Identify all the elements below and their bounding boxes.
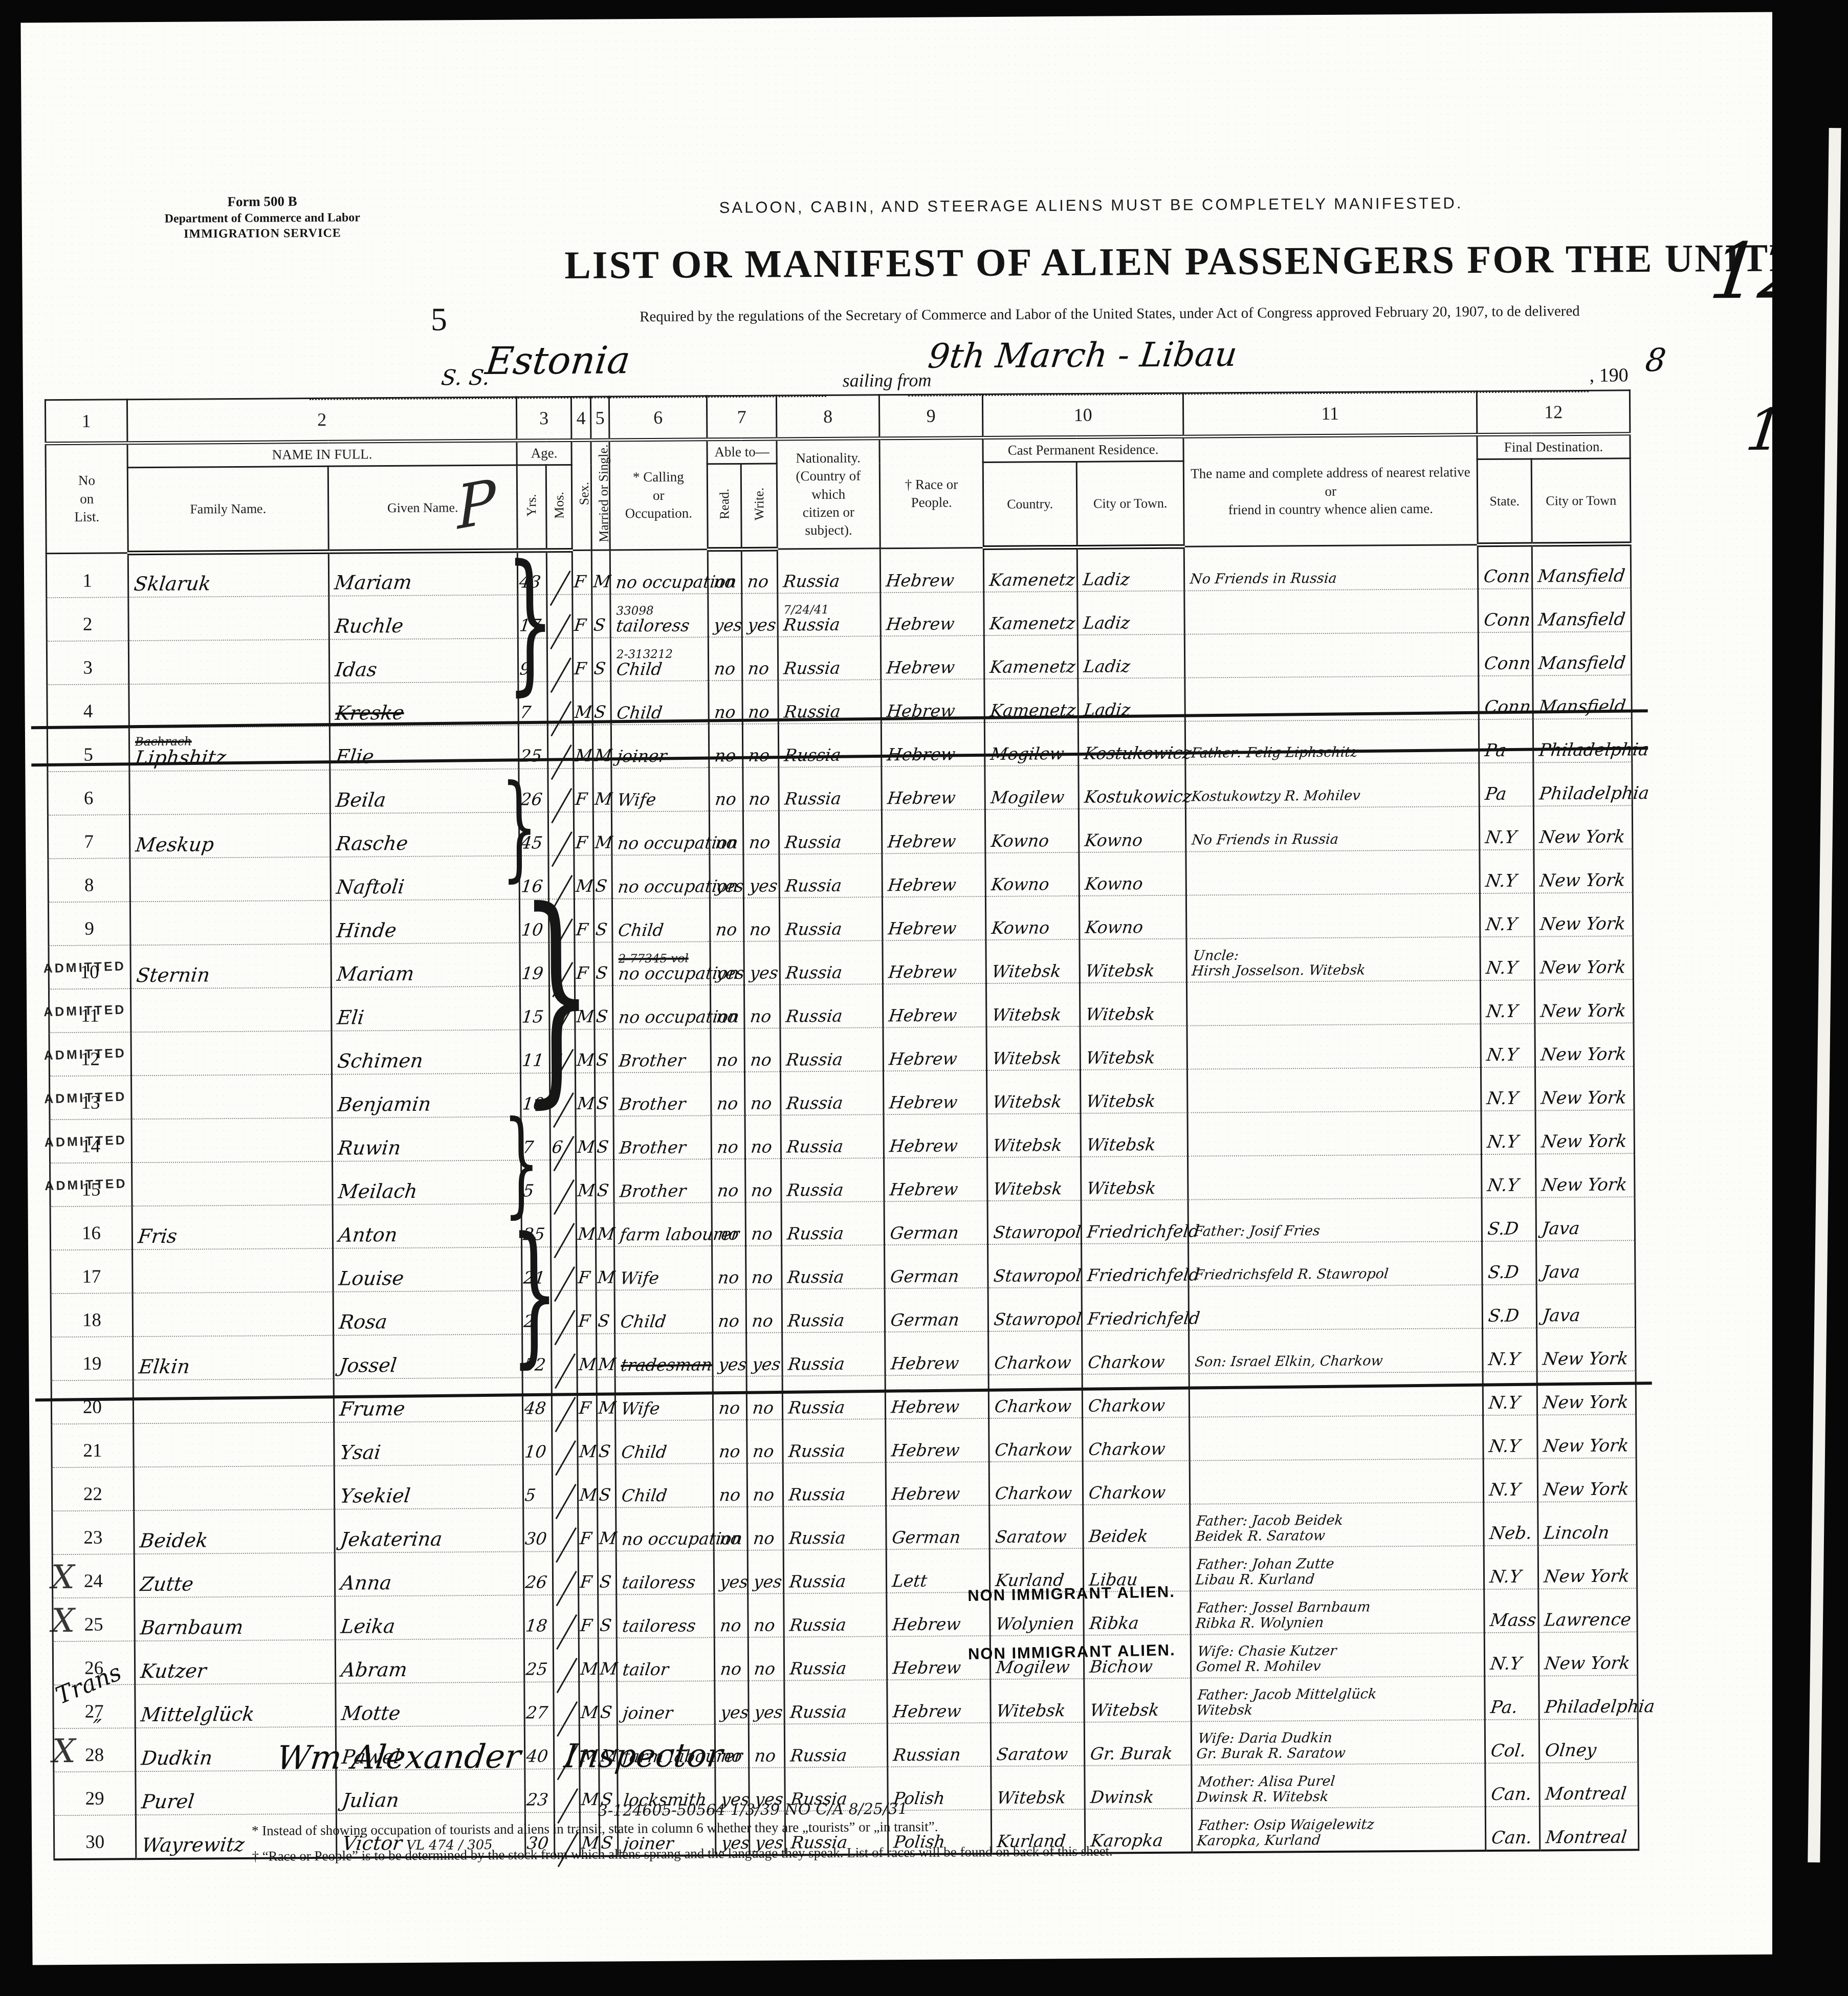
cell-occupation: 2-77345 volno occupation: [612, 941, 711, 985]
handwritten-value: New York: [1538, 828, 1626, 846]
cell-family-name: Zutte: [134, 1553, 335, 1597]
cell-destination-state: N.Y: [1481, 1024, 1535, 1068]
handwritten-value: Hebrew: [887, 832, 957, 850]
handwritten-value: Eli: [336, 1008, 365, 1027]
handwritten-value: Witebsk: [996, 1789, 1067, 1806]
cell-row-number: 3: [47, 641, 129, 685]
handwritten-value: Friedrichsfeld R. Stawropol: [1194, 1267, 1389, 1283]
cell-row-number: ADMITTED14: [50, 1119, 132, 1163]
handwritten-value: 27: [525, 1704, 549, 1721]
cell-residence-city: Witebsk: [1081, 1113, 1188, 1157]
cell-destination-state: S.D: [1482, 1285, 1537, 1329]
handwritten-value: Witebsk: [1085, 962, 1156, 979]
handwritten-value: German: [890, 1267, 960, 1285]
handwritten-value: Russia: [786, 1181, 844, 1199]
handwritten-value: Father: Johan Zutte Libau R. Kurland: [1195, 1556, 1335, 1588]
handwritten-value: Charkow: [1088, 1440, 1167, 1458]
cell-row-number: 7: [48, 815, 130, 859]
cell-residence-country: Saratow: [989, 1505, 1084, 1549]
cell-residence-country: Saratow: [991, 1722, 1085, 1766]
cell-residence-country: Kowno: [985, 896, 1080, 940]
cell-occupation: tradesman: [615, 1333, 713, 1377]
cell-can-write: no: [742, 724, 779, 767]
handwritten-value: M: [597, 1269, 617, 1286]
handwritten-value: S: [595, 964, 608, 981]
handwritten-value: Hebrew: [886, 659, 956, 676]
handwritten-value: Russia: [785, 1094, 844, 1112]
cell-can-read: no: [714, 1507, 748, 1550]
cell-sex: F: [579, 1595, 599, 1638]
cell-can-write: no: [749, 1724, 785, 1768]
cell-nationality: Russia: [782, 1332, 886, 1376]
handwritten-value: Brother: [619, 1182, 687, 1200]
cell-destination-city: New York: [1537, 1371, 1636, 1415]
cell-nationality: Russia: [782, 1375, 886, 1419]
cell-destination-state: Col.: [1485, 1720, 1539, 1764]
handwritten-value: N.Y: [1486, 1090, 1519, 1107]
handwritten-value: no: [752, 1443, 775, 1460]
cell-nearest-relative: [1188, 1154, 1482, 1200]
cell-race: Hebrew: [883, 940, 986, 984]
cell-married-or-single: S: [598, 1551, 617, 1595]
handwritten-value: Witebsk: [1086, 1179, 1157, 1197]
cell-nationality: Russia: [777, 549, 881, 594]
handwritten-value: no: [751, 1269, 774, 1286]
handwritten-value: tailor: [622, 1661, 670, 1678]
cell-destination-city: New York: [1535, 1110, 1635, 1154]
handwritten-value: Motte: [340, 1703, 401, 1723]
top-notice: SALOON, CABIN, AND STEERAGE ALIENS MUST …: [605, 193, 1577, 218]
cell-nearest-relative: [1190, 1459, 1484, 1504]
handwritten-value: Col.: [1490, 1742, 1527, 1760]
handwritten-value: Stawropol: [993, 1267, 1083, 1284]
handwritten-value: Hebrew: [888, 1050, 958, 1067]
handwritten-value: Russia: [786, 1138, 844, 1155]
handwritten-value: Ruwin: [337, 1138, 402, 1158]
cell-age-months: [553, 1508, 579, 1551]
handwritten-value: New York: [1539, 1002, 1627, 1020]
handwritten-value: Leika: [340, 1616, 396, 1636]
cell-destination-state: Neb.: [1484, 1502, 1538, 1546]
cell-row-number: ADMITTED13: [50, 1076, 132, 1120]
cell-occupation: Wife: [615, 1376, 713, 1420]
col-header-no-on-list: No on List.: [46, 443, 128, 554]
cell-residence-city: Witebsk: [1080, 1026, 1187, 1070]
handwritten-value: Rasche: [335, 834, 409, 853]
cell-nationality: Russia: [779, 897, 883, 941]
cell-given-name: Ruwin: [332, 1117, 521, 1161]
cell-sex: M: [573, 725, 593, 769]
col-num-7: 7: [707, 396, 777, 440]
cell-nationality: Russia: [783, 1506, 887, 1550]
handwritten-value: F: [579, 1530, 593, 1547]
handwritten-value: N.Y: [1485, 959, 1519, 977]
cell-race: Hebrew: [883, 983, 986, 1027]
handwritten-value: N.Y: [1487, 1351, 1521, 1368]
cell-destination-city: Philadelphia: [1539, 1675, 1638, 1719]
cell-family-name: Fris: [132, 1205, 333, 1249]
handwritten-value: S: [598, 1443, 611, 1460]
handwritten-value: Russia: [786, 1225, 845, 1242]
cell-family-name: [129, 770, 331, 815]
cell-destination-state: Pa: [1479, 763, 1534, 807]
handwritten-value: Kowno: [990, 832, 1050, 849]
handwritten-value: M: [579, 1486, 598, 1503]
handwritten-value: no: [717, 1269, 740, 1286]
handwritten-value: no: [713, 573, 736, 590]
cell-sex: F: [577, 1290, 597, 1334]
handwritten-value: German: [890, 1311, 960, 1328]
handwritten-value: F: [574, 617, 587, 633]
handwritten-value: F: [580, 1617, 593, 1634]
family-group-brace: }: [505, 546, 555, 696]
cell-sex: F: [572, 550, 592, 595]
cell-given-name: Jekaterina: [335, 1508, 524, 1553]
handwritten-value: M: [580, 1660, 599, 1677]
handwritten-value: Child: [621, 1443, 668, 1461]
cell-nearest-relative: Father: Felig Liphschitz: [1185, 719, 1479, 765]
cell-nationality: Russia: [781, 1158, 885, 1202]
cell-family-name: [131, 1031, 332, 1076]
cell-can-write: no: [747, 1463, 783, 1507]
cell-married-or-single: S: [594, 986, 613, 1029]
cell-sex: F: [573, 638, 592, 682]
cell-row-number: 30: [54, 1815, 136, 1859]
cell-family-name: [131, 1118, 333, 1162]
cell-race: Hebrew: [883, 1027, 987, 1071]
handwritten-value: N.Y: [1488, 1394, 1521, 1412]
handwritten-value: Kamenetz: [989, 658, 1076, 675]
cell-married-or-single: M: [596, 1203, 614, 1247]
handwritten-value: Java: [1542, 1307, 1581, 1324]
row-number: 9: [84, 918, 94, 939]
handwritten-value: Dwinsk: [1090, 1788, 1155, 1806]
handwritten-value: Witebsk: [992, 1180, 1063, 1197]
handwritten-value: Kostukowicz: [1084, 788, 1193, 805]
handwritten-value: Hebrew: [889, 1180, 959, 1198]
row-number: 8: [84, 875, 94, 896]
cell-residence-city: Charkow: [1083, 1461, 1190, 1505]
cell-age-months: [548, 769, 574, 812]
handwritten-value: S: [595, 921, 608, 938]
cell-residence-country: Charkow: [989, 1418, 1083, 1462]
handwritten-value: Hinde: [336, 920, 398, 940]
handwritten-value: M: [598, 1356, 617, 1373]
handwritten-value: Ysai: [339, 1442, 382, 1462]
handwritten-value: Anton: [338, 1225, 399, 1245]
cell-can-write: no: [744, 985, 780, 1028]
cell-destination-state: Pa.: [1485, 1676, 1539, 1720]
handwritten-value: Charkow: [994, 1441, 1073, 1458]
handwritten-value: Child: [620, 1313, 667, 1330]
row-number: 21: [83, 1440, 102, 1461]
sailing-from-label: sailing from: [843, 369, 932, 391]
handwritten-value: no: [747, 660, 770, 677]
cell-destination-state: N.Y: [1480, 850, 1534, 894]
cell-race: Hebrew: [884, 1157, 988, 1201]
cell-can-write: yes: [749, 1681, 785, 1724]
cell-nearest-relative: [1187, 1067, 1481, 1113]
handwritten-value: Hebrew: [892, 1615, 962, 1633]
cell-can-read: no: [713, 1376, 747, 1420]
cell-given-name: Rosa: [333, 1291, 522, 1335]
handwritten-value: Witebsk: [1085, 1092, 1156, 1110]
cell-given-name: Rasche: [330, 813, 519, 857]
cell-occupation: Child: [615, 1420, 714, 1464]
cell-married-or-single: S: [593, 856, 612, 899]
handwritten-value: Lawrence: [1544, 1611, 1632, 1629]
handwritten-value: Abram: [340, 1660, 408, 1680]
cell-occupation: 33098tailoress: [610, 594, 709, 638]
handwritten-value: Russia: [787, 1268, 845, 1286]
cell-row-number: ADMITTED12: [49, 1032, 131, 1076]
handwritten-value: S: [597, 1312, 610, 1329]
handwritten-value: S.D: [1487, 1307, 1520, 1325]
handwritten-value: Russia: [789, 1747, 848, 1764]
cell-race: Hebrew: [886, 1418, 989, 1462]
cell-family-name: Beidek: [134, 1509, 335, 1554]
cell-given-name: Idas: [329, 639, 518, 683]
handwritten-value: Russia: [784, 920, 843, 938]
handwritten-value: Hebrew: [889, 1137, 959, 1154]
handwritten-value: Wife: Daria Dudkin Gr. Burak R. Saratow: [1196, 1730, 1348, 1761]
cell-sex: M: [578, 1421, 598, 1464]
handwritten-value: Hebrew: [890, 1398, 960, 1415]
cell-row-number: 9: [48, 902, 130, 946]
cell-residence-country: Witebsk: [987, 1157, 1082, 1201]
cell-nationality: Russia: [780, 940, 883, 984]
cell-age-years: 25: [524, 1638, 554, 1682]
cell-residence-city: Witebsk: [1084, 1678, 1192, 1722]
col-header-relative: The name and complete address of nearest…: [1183, 435, 1478, 547]
handwritten-value: N.Y: [1488, 1438, 1522, 1455]
handwritten-value: Russia: [785, 964, 843, 981]
family-group-brace: }: [503, 1107, 540, 1219]
cell-family-name: [134, 1466, 335, 1510]
handwritten-value: Rosa: [338, 1312, 388, 1332]
row-number: 23: [83, 1527, 102, 1548]
handwritten-value: N.Y: [1486, 1133, 1520, 1151]
cell-married-or-single: M: [593, 812, 612, 856]
cell-residence-city: Witebsk: [1081, 1156, 1189, 1200]
cell-family-name: [133, 1379, 334, 1423]
cell-destination-city: Mansfield: [1532, 588, 1632, 632]
cell-given-name: Benjamin: [332, 1073, 521, 1118]
cell-can-write: no: [743, 811, 779, 854]
handwritten-value: Witebsk: [992, 1049, 1063, 1067]
handwritten-value: Mariam: [336, 964, 415, 984]
cell-nearest-relative: [1189, 1372, 1483, 1417]
handwritten-value: no: [714, 747, 737, 764]
cell-age-months: [551, 1160, 577, 1203]
family-group-brace: }: [520, 883, 594, 1107]
cell-destination-city: Java: [1536, 1240, 1636, 1284]
handwritten-value: Witebsk: [1085, 1049, 1156, 1066]
cell-age-years: 10: [523, 1421, 553, 1464]
cell-can-read: no: [712, 1159, 746, 1202]
handwritten-value: Witebsk: [991, 962, 1062, 980]
col-header-dest-city: City or Town: [1531, 458, 1631, 544]
cell-race: Hebrew: [885, 1375, 989, 1419]
cell-given-name: Meilach: [333, 1160, 522, 1205]
handwritten-value: F: [573, 573, 587, 590]
handwritten-value: Anna: [340, 1573, 392, 1593]
cell-age-months: [553, 1638, 579, 1682]
cell-married-or-single: M: [597, 1377, 615, 1421]
cell-can-write: yes: [746, 1333, 783, 1376]
handwritten-value: no: [753, 1617, 776, 1634]
cell-destination-state: N.Y: [1484, 1546, 1538, 1590]
handwritten-value: Ruchle: [334, 616, 404, 636]
cell-sex: F: [574, 769, 593, 812]
cell-can-write: yes: [743, 854, 780, 898]
handwritten-value: 48: [523, 1399, 547, 1416]
cell-can-read: no: [711, 1115, 745, 1159]
col-num-3: 3: [516, 397, 571, 441]
cell-residence-country: Witebsk: [987, 1113, 1081, 1157]
handwritten-value: Montreal: [1545, 1785, 1627, 1803]
handwritten-value: F: [578, 1399, 592, 1416]
cell-nationality: Russia: [783, 1462, 886, 1506]
cell-sex: F: [578, 1508, 598, 1551]
col-header-final-destination: Final Destination.: [1477, 434, 1630, 459]
cell-occupation: farm labourer: [614, 1202, 712, 1246]
handwritten-value: Kowno: [1084, 831, 1143, 849]
cell-family-name: [132, 1161, 333, 1206]
handwritten-value: Witebsk: [996, 1702, 1067, 1719]
cell-can-write: yes: [747, 1550, 784, 1594]
handwritten-value: Philadelphia: [1544, 1698, 1656, 1716]
cell-can-read: no: [709, 724, 743, 767]
cell-married-or-single: S: [592, 638, 611, 682]
cell-row-number: 16: [50, 1206, 133, 1250]
handwritten-value: New York: [1544, 1654, 1631, 1672]
handwritten-value: Elkin: [138, 1357, 191, 1377]
cell-sex: F: [578, 1551, 598, 1595]
handwritten-value: M: [598, 1399, 617, 1416]
cell-age-years: 48: [522, 1377, 552, 1421]
cell-destination-state: N.Y: [1483, 1372, 1537, 1416]
handwritten-value: Russia: [784, 834, 842, 851]
admitted-stamp: ADMITTED: [44, 1133, 127, 1150]
cell-occupation: Brother: [613, 1028, 711, 1072]
cell-age-months: [554, 1682, 580, 1725]
handwritten-value: yes: [718, 1356, 748, 1373]
handwritten-value: tailoress: [621, 1574, 696, 1591]
cell-family-name: [133, 1292, 334, 1336]
family-group-brace: }: [510, 1219, 559, 1369]
cell-nationality: Russia: [784, 1723, 888, 1767]
cell-given-name: Ysekiel: [334, 1465, 523, 1509]
admitted-stamp: ADMITTED: [43, 1046, 126, 1063]
handwritten-value: Julian: [341, 1790, 400, 1810]
col-num-12: 12: [1477, 390, 1630, 435]
handwritten-value: yes: [720, 1704, 750, 1721]
handwritten-value: S: [593, 704, 607, 720]
handwritten-value: Kowno: [991, 875, 1050, 893]
cell-married-or-single: S: [595, 1029, 613, 1073]
cell-race: Russian: [887, 1723, 991, 1767]
cell-given-name: Hinde: [331, 900, 520, 944]
row-number: 17: [82, 1266, 101, 1287]
col-header-residence: Cast Permanent Residence.: [983, 436, 1183, 462]
cell-occupation: tailoress: [616, 1550, 714, 1594]
cell-can-write: no: [742, 681, 779, 724]
handwritten-value: tailoress: [622, 1617, 697, 1635]
cell-family-name: Sklaruk: [128, 552, 329, 597]
cell-can-read: yes: [710, 941, 744, 985]
cell-residence-country: Witebsk: [986, 983, 1080, 1027]
handwritten-value: Sklaruk: [133, 574, 212, 594]
handwritten-value: F: [575, 834, 588, 851]
cell-destination-city: Java: [1536, 1197, 1635, 1241]
handwritten-value: Brother: [619, 1139, 687, 1156]
handwritten-value: M: [580, 1704, 600, 1721]
ship-name-field: Estonia: [483, 338, 632, 383]
cell-destination-state: N.Y: [1483, 1459, 1538, 1503]
cell-married-or-single: S: [595, 1073, 613, 1116]
handwritten-value: no: [716, 1182, 739, 1199]
handwritten-value: S: [596, 1138, 609, 1155]
cell-residence-city: Charkow: [1082, 1374, 1190, 1418]
handwritten-value: Father: Josif Fries: [1193, 1223, 1321, 1239]
col-header-city-or-town: City or Town.: [1076, 461, 1184, 547]
form-number: Form 500 B: [149, 192, 375, 211]
cell-can-read: yes: [710, 854, 744, 898]
handwritten-value: S: [595, 1008, 608, 1025]
row-number: 4: [83, 701, 93, 722]
cell-destination-city: Mansfield: [1532, 544, 1631, 589]
col-num-2: 2: [127, 397, 517, 443]
handwritten-value: Mansfield: [1537, 610, 1626, 628]
cell-can-read: no: [709, 767, 743, 811]
cell-destination-city: New York: [1537, 1327, 1636, 1371]
handwritten-value: Charkow: [1087, 1397, 1166, 1414]
handwritten-value: N.Y: [1486, 1177, 1520, 1194]
cell-destination-city: Lawrence: [1538, 1588, 1638, 1632]
handwritten-value: M: [594, 791, 613, 807]
handwritten-value: Mittelglück: [140, 1704, 255, 1724]
cell-family-name: Meskup: [129, 814, 331, 858]
handwritten-value: no: [716, 1138, 739, 1155]
row-number: 30: [85, 1832, 104, 1853]
cell-nationality: Russia: [781, 1114, 884, 1158]
col-header-write: Write.: [741, 464, 777, 549]
handwritten-value: S.D: [1487, 1264, 1520, 1281]
handwritten-value: New York: [1539, 871, 1626, 889]
handwritten-value: Hebrew: [886, 615, 956, 632]
handwritten-value: Wife: [620, 1269, 660, 1286]
handwritten-value: Friedrichfeld: [1087, 1266, 1201, 1284]
handwritten-value: Wife: Chasie Kutzer Gomel R. Mohilev: [1195, 1643, 1337, 1675]
cell-residence-city: Dwinsk: [1085, 1765, 1192, 1809]
handwritten-value: no: [752, 1486, 775, 1503]
cell-nationality: Russia: [783, 1419, 886, 1463]
col-num-9: 9: [879, 394, 983, 438]
cell-occupation: Brother: [614, 1159, 712, 1203]
cell-age-months: [548, 812, 574, 856]
cell-nearest-relative: [1187, 1024, 1481, 1069]
handwritten-value: Hebrew: [891, 1485, 961, 1502]
handwritten-value: F: [574, 660, 587, 677]
handwritten-value: yes: [747, 617, 777, 633]
cell-family-name: [130, 857, 331, 902]
handwritten-value: Can.: [1490, 1786, 1533, 1804]
handwritten-value: Hebrew: [892, 1702, 962, 1720]
admitted-stamp: ADMITTED: [43, 959, 126, 976]
cell-destination-state: Can.: [1485, 1763, 1540, 1807]
cell-race: Hebrew: [884, 1114, 987, 1158]
